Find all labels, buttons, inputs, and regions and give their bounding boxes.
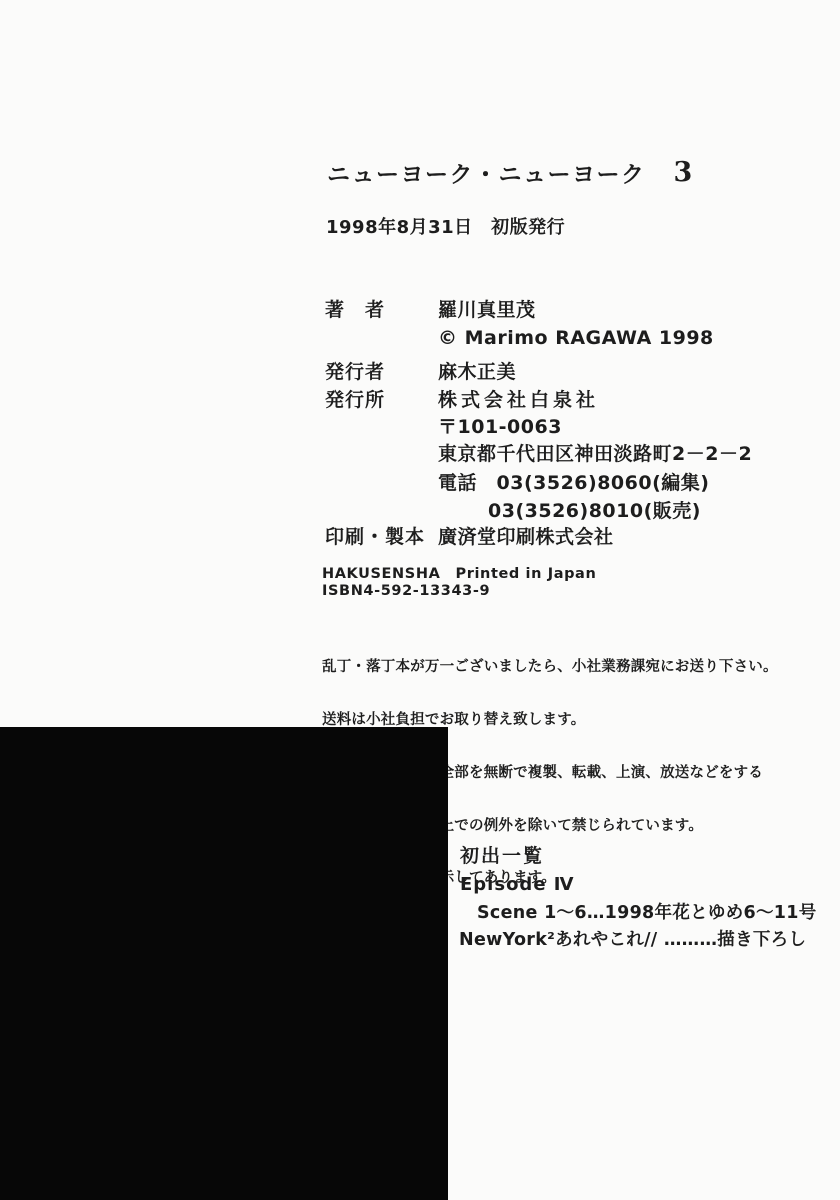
phone-editorial: 電話 03(3526)8060(編集): [438, 472, 709, 494]
address: 東京都千代田区神田淡路町2－2－2: [438, 443, 752, 465]
phone-sales: 03(3526)8010(販売): [438, 500, 701, 522]
colophon-row-author: 著 者羅川真里茂: [325, 295, 536, 322]
colophon-row-printer: 印刷・製本廣済堂印刷株式会社: [325, 522, 614, 549]
first-publication-heading: 初出一覧: [460, 845, 544, 868]
colophon-row-publisher-person: 発行者麻木正美: [325, 357, 516, 384]
print-date: 1998年8月31日 初版発行: [326, 217, 565, 239]
notice-line: 乱丁・落丁本が万一ございましたら、小社業務課宛にお送り下さい。: [322, 659, 778, 677]
book-title-line: ニューヨーク・ニューヨーク3: [327, 158, 692, 190]
row-value: 株式会社白泉社: [438, 389, 599, 411]
postal-code: 〒101-0063: [438, 416, 562, 438]
colophon-page: ニューヨーク・ニューヨーク3 1998年8月31日 初版発行 著 者羅川真里茂 …: [0, 0, 840, 1200]
colophon-row-phone-editorial: 電話 03(3526)8060(編集): [325, 468, 709, 495]
row-label: 著 者: [325, 295, 438, 322]
row-label: 発行所: [325, 385, 438, 412]
volume-number: 3: [674, 157, 693, 189]
first-publication-extra: NewYork²あれやこれ// ………描き下ろし: [459, 930, 806, 951]
row-value: 羅川真里茂: [438, 299, 536, 321]
colophon-row-postal-code: 〒101-0063: [325, 412, 562, 439]
imprint-line: HAKUSENSHA Printed in Japan: [322, 566, 596, 583]
isbn: ISBN4-592-13343-9: [322, 583, 490, 600]
black-panel: [0, 727, 448, 1200]
row-label: 印刷・製本: [325, 522, 438, 549]
book-title: ニューヨーク・ニューヨーク: [327, 162, 646, 188]
first-publication-scene: Scene 1〜6…1998年花とゆめ6〜11号: [477, 903, 817, 924]
row-value: 廣済堂印刷株式会社: [438, 526, 614, 548]
row-value: 麻木正美: [438, 361, 516, 383]
copyright-notice: © Marimo RAGAWA 1998: [438, 327, 714, 349]
colophon-row-address: 東京都千代田区神田淡路町2－2－2: [325, 439, 752, 466]
row-label: 発行者: [325, 357, 438, 384]
colophon-row-copyright: © Marimo RAGAWA 1998: [325, 327, 714, 349]
colophon-row-phone-sales: 03(3526)8010(販売): [325, 496, 701, 523]
first-publication-episode: Episode Ⅳ: [460, 874, 575, 896]
colophon-row-publishing-house: 発行所株式会社白泉社: [325, 385, 599, 412]
